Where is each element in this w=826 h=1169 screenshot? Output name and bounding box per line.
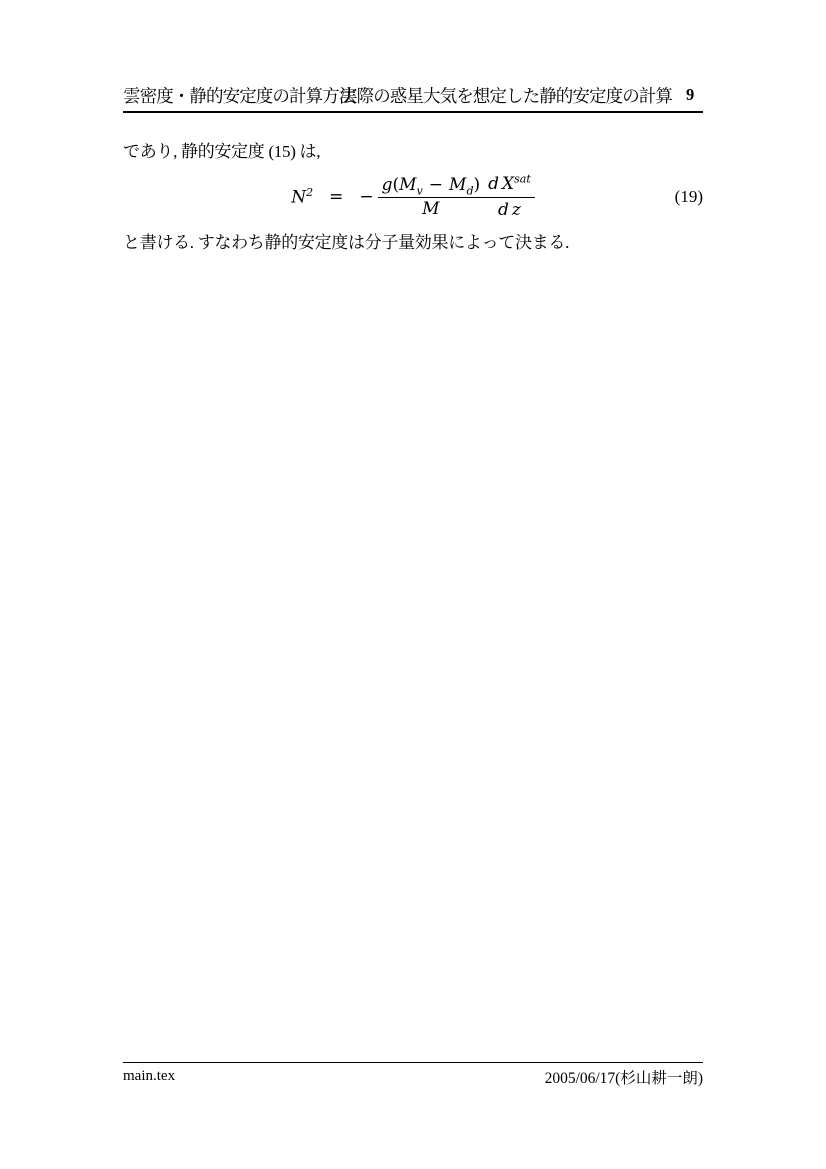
footer-rule — [123, 1062, 703, 1063]
equation: N2 = − g(Mv−Md) M dXsat dz — [123, 168, 703, 226]
footer-date-author: 2005/06/17(杉山耕一朗) — [545, 1066, 703, 1088]
fraction-1-denominator: M — [378, 198, 485, 220]
paragraph-before-equation: であり, 静的安定度 (15) は, — [123, 137, 320, 162]
document-page: 雲密度・静的安定度の計算方法 実際の惑星大気を想定した静的安定度の計算 9 であ… — [0, 0, 826, 1169]
equation-number: (19) — [675, 187, 703, 207]
fraction-molecular-weight: g(Mv−Md) M — [378, 174, 485, 221]
header-rule — [123, 111, 703, 113]
equation-lhs: N2 — [291, 186, 313, 208]
fraction-1-numerator: g(Mv−Md) — [378, 174, 485, 198]
equation-block: N2 = − g(Mv−Md) M dXsat dz (19) — [123, 168, 703, 226]
fraction-2-numerator: dXsat — [484, 173, 535, 197]
page-number: 9 — [686, 85, 694, 105]
equation-lhs-exponent: 2 — [306, 186, 313, 199]
fraction-2-denominator: dz — [484, 198, 535, 221]
footer-filename: main.tex — [123, 1068, 175, 1085]
equals-sign: = — [329, 187, 343, 207]
header-section-title: 実際の惑星大気を想定した静的安定度の計算 — [340, 83, 672, 108]
fraction-derivative: dXsat dz — [484, 173, 535, 221]
header-title: 雲密度・静的安定度の計算方法 — [123, 83, 355, 108]
paragraph-after-equation: と書ける. すなわち静的安定度は分子量効果によって決まる. — [123, 228, 569, 253]
minus-sign: − — [359, 187, 373, 207]
